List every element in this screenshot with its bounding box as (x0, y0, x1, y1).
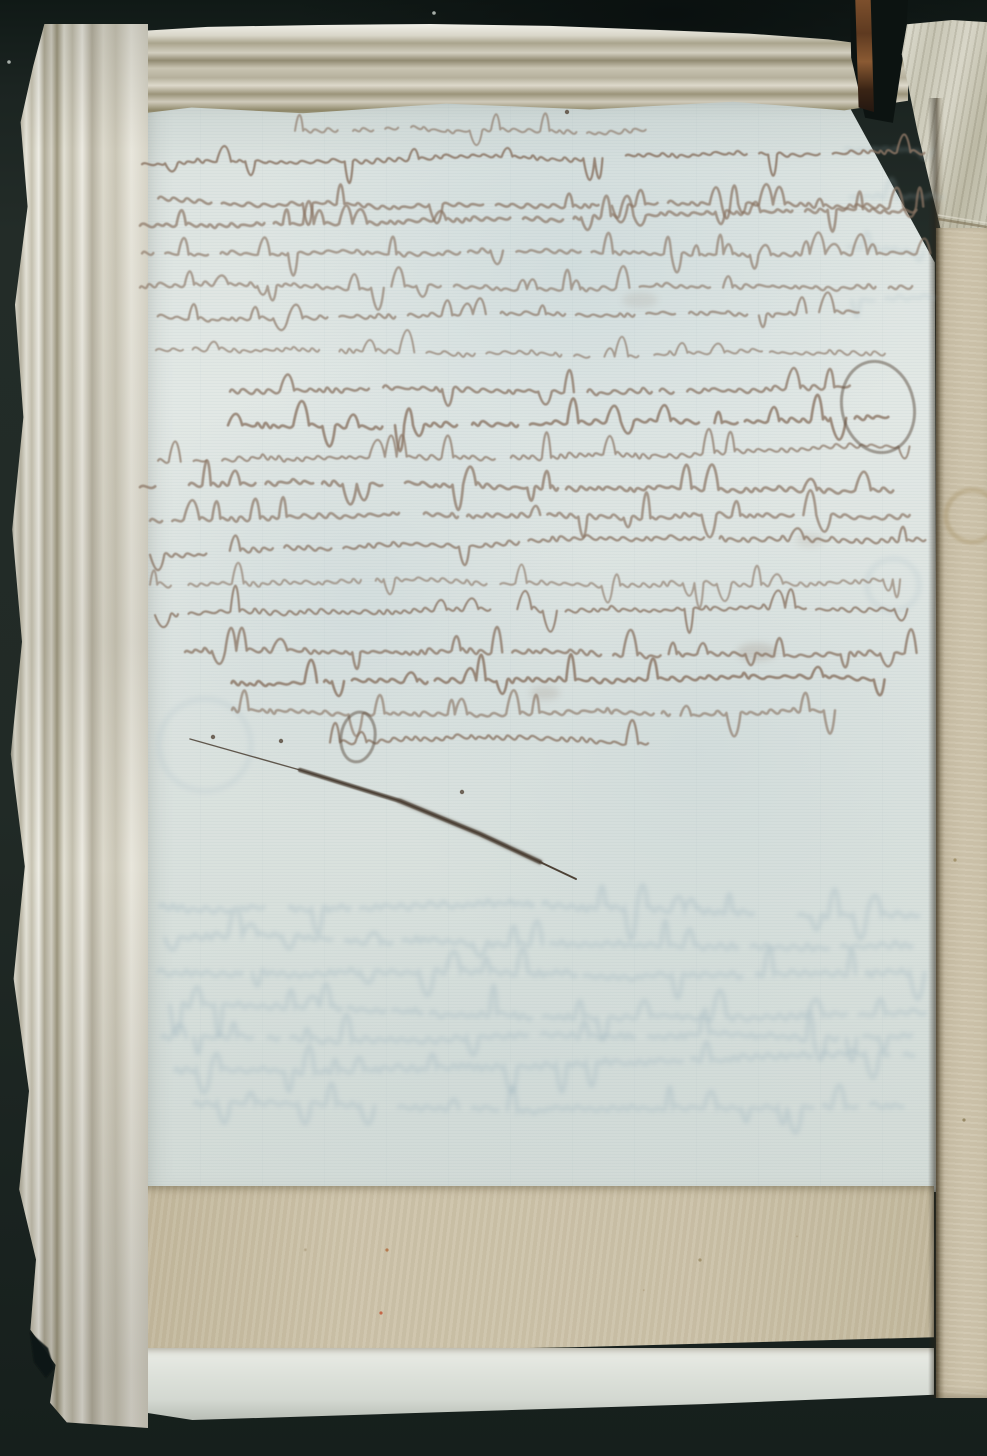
bottom-leaf-edge-band (110, 1348, 934, 1420)
protruding-under-leaf (128, 1186, 934, 1354)
manuscript-page (138, 92, 938, 1192)
left-fore-edge-stack (8, 24, 148, 1428)
stack-gutter-shadow (928, 98, 944, 1398)
top-deckle-edges (112, 24, 908, 120)
manuscript-photo (0, 0, 987, 1456)
